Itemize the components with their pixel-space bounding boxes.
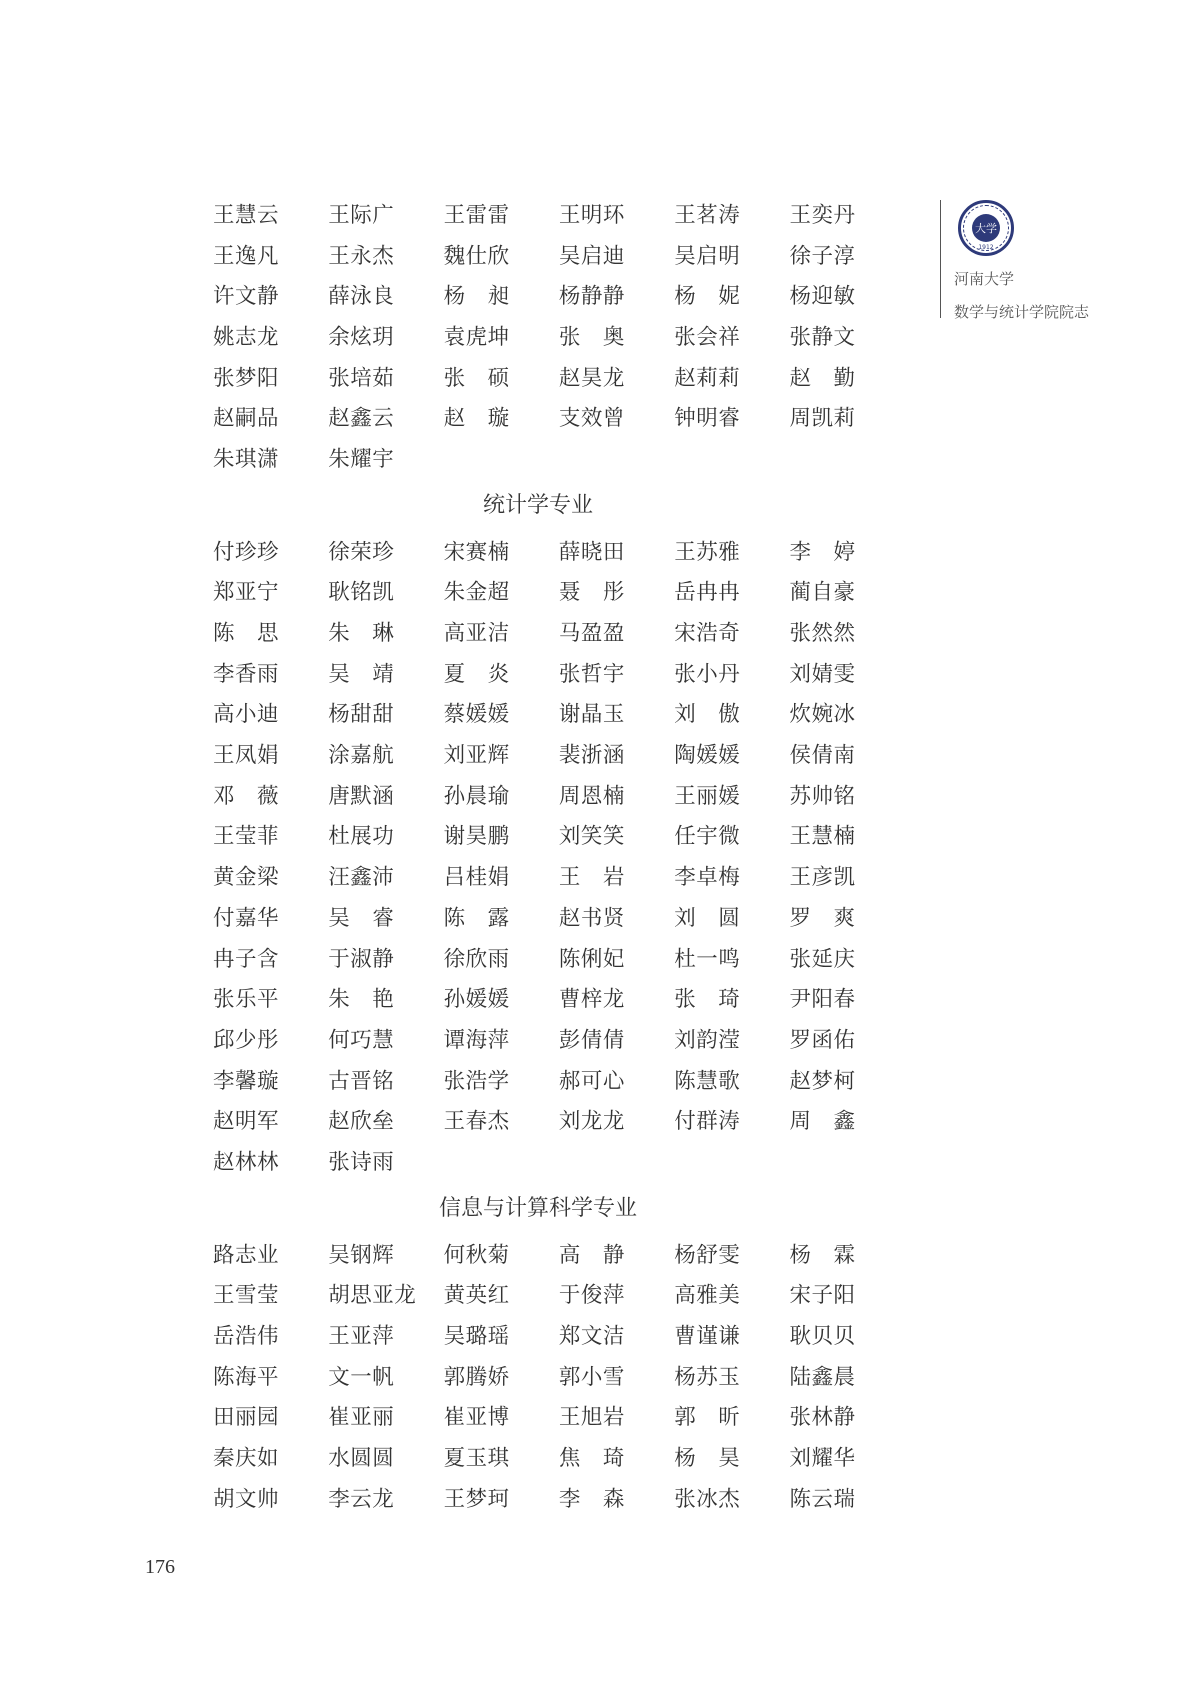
name-row: 王莹菲杜展功谢昊鹏刘笑笑任宇微王慧楠 xyxy=(213,815,913,856)
person-name: 涂嘉航 xyxy=(328,738,443,769)
person-name: 杨甜甜 xyxy=(328,697,443,728)
person-name: 赵梦柯 xyxy=(789,1064,904,1095)
person-name: 何巧慧 xyxy=(328,1023,443,1054)
person-name: 支效曾 xyxy=(559,401,674,432)
person-name: 张梦阳 xyxy=(213,361,328,392)
person-name: 夏 炎 xyxy=(444,657,559,688)
person-name: 陈云瑞 xyxy=(789,1482,904,1513)
person-name: 汪鑫沛 xyxy=(328,860,443,891)
person-name: 高小迪 xyxy=(213,697,328,728)
person-name: 夏玉琪 xyxy=(444,1441,559,1472)
person-name: 王丽媛 xyxy=(674,779,789,810)
person-name: 许文静 xyxy=(213,279,328,310)
person-name: 张会祥 xyxy=(674,320,789,351)
person-name: 郑亚宁 xyxy=(213,575,328,606)
person-name: 焦 琦 xyxy=(559,1441,674,1472)
person-name: 赵书贤 xyxy=(559,901,674,932)
name-row: 田丽园崔亚丽崔亚博王旭岩郭 昕张林静 xyxy=(213,1396,913,1437)
name-row: 赵嗣品赵鑫云赵 璇支效曾钟明睿周凯莉 xyxy=(213,396,913,437)
name-row: 陈海平文一帆郭腾娇郭小雪杨苏玉陆鑫晨 xyxy=(213,1355,913,1396)
person-name: 李香雨 xyxy=(213,657,328,688)
person-name: 张浩学 xyxy=(444,1064,559,1095)
name-row: 高小迪杨甜甜蔡媛媛谢晶玉刘 傲炊婉冰 xyxy=(213,693,913,734)
person-name: 孙媛媛 xyxy=(444,982,559,1013)
section-title-statistics: 统计学专业 xyxy=(213,478,863,530)
running-header-sidebar: 大学 1912 河南大学 数学与统计学院院志 xyxy=(940,200,1089,318)
name-row: 郑亚宁耿铭凯朱金超聂 彤岳冉冉蔺自豪 xyxy=(213,571,913,612)
person-name: 路志业 xyxy=(213,1238,328,1269)
university-name: 河南大学 xyxy=(954,268,1089,289)
person-name: 王永杰 xyxy=(328,239,443,270)
person-name: 付嘉华 xyxy=(213,901,328,932)
emblem-year: 1912 xyxy=(961,244,1011,251)
person-name: 吴启迪 xyxy=(559,239,674,270)
person-name: 姚志龙 xyxy=(213,320,328,351)
person-name: 张乐平 xyxy=(213,982,328,1013)
person-name: 陈海平 xyxy=(213,1360,328,1391)
person-name: 杨静静 xyxy=(559,279,674,310)
person-name: 耿贝贝 xyxy=(789,1319,904,1350)
book-title: 数学与统计学院院志 xyxy=(954,301,1089,322)
person-name: 蔺自豪 xyxy=(789,575,904,606)
section-info-computing-names: 路志业吴钢辉何秋菊高 静杨舒雯杨 霖王雪莹胡思亚龙黄英红于俊萍高雅美宋子阳岳浩伟… xyxy=(213,1233,913,1518)
person-name: 李云龙 xyxy=(328,1482,443,1513)
person-name: 王亚萍 xyxy=(328,1319,443,1350)
person-name: 炊婉冰 xyxy=(789,697,904,728)
name-row: 岳浩伟王亚萍吴璐瑶郑文洁曹谨谦耿贝贝 xyxy=(213,1314,913,1355)
name-row: 王雪莹胡思亚龙黄英红于俊萍高雅美宋子阳 xyxy=(213,1274,913,1315)
person-name: 张林静 xyxy=(789,1400,904,1431)
person-name: 刘婧雯 xyxy=(789,657,904,688)
person-name: 赵鑫云 xyxy=(328,401,443,432)
person-name: 赵林林 xyxy=(213,1145,328,1176)
name-row: 王凤娟涂嘉航刘亚辉裴浙涵陶媛媛侯倩南 xyxy=(213,733,913,774)
person-name: 杨迎敏 xyxy=(789,279,904,310)
person-name: 张 琦 xyxy=(674,982,789,1013)
person-name: 朱琪潇 xyxy=(213,442,328,473)
person-name: 吴钢辉 xyxy=(328,1238,443,1269)
person-name: 陶媛媛 xyxy=(674,738,789,769)
name-row: 付嘉华吴 睿陈 露赵书贤刘 圆罗 爽 xyxy=(213,896,913,937)
name-row: 邱少彤何巧慧谭海萍彭倩倩刘韵滢罗函佑 xyxy=(213,1018,913,1059)
name-row: 王逸凡王永杰魏仕欣吴启迪吴启明徐子淳 xyxy=(213,234,913,275)
section-math-names: 王慧云王际广王雷雷王明环王茗涛王奕丹王逸凡王永杰魏仕欣吴启迪吴启明徐子淳许文静薛… xyxy=(213,193,913,478)
person-name: 古晋铭 xyxy=(328,1064,443,1095)
person-name: 苏帅铭 xyxy=(789,779,904,810)
person-name: 胡思亚龙 xyxy=(328,1278,443,1309)
person-name: 吴 靖 xyxy=(328,657,443,688)
person-name: 袁虎坤 xyxy=(444,320,559,351)
person-name: 彭倩倩 xyxy=(559,1023,674,1054)
person-name: 黄金梁 xyxy=(213,860,328,891)
person-name: 张 奥 xyxy=(559,320,674,351)
person-name: 赵明军 xyxy=(213,1104,328,1135)
person-name: 谭海萍 xyxy=(444,1023,559,1054)
person-name: 周凯莉 xyxy=(789,401,904,432)
name-row: 李香雨吴 靖夏 炎张哲宇张小丹刘婧雯 xyxy=(213,652,913,693)
person-name: 高雅美 xyxy=(674,1278,789,1309)
person-name: 刘耀华 xyxy=(789,1441,904,1472)
henan-university-emblem-icon: 大学 1912 xyxy=(958,200,1014,256)
person-name: 吴启明 xyxy=(674,239,789,270)
person-name: 吴璐瑶 xyxy=(444,1319,559,1350)
person-name: 张诗雨 xyxy=(328,1145,443,1176)
person-name: 赵嗣品 xyxy=(213,401,328,432)
person-name: 罗 爽 xyxy=(789,901,904,932)
person-name: 侯倩南 xyxy=(789,738,904,769)
person-name: 张冰杰 xyxy=(674,1482,789,1513)
name-row: 张梦阳张培茹张 硕赵昊龙赵莉莉赵 勤 xyxy=(213,356,913,397)
person-name: 王慧楠 xyxy=(789,819,904,850)
person-name: 崔亚博 xyxy=(444,1400,559,1431)
person-name: 朱耀宇 xyxy=(328,442,443,473)
person-name: 刘龙龙 xyxy=(559,1104,674,1135)
person-name: 于淑静 xyxy=(328,942,443,973)
person-name: 黄英红 xyxy=(444,1278,559,1309)
person-name: 薛晓田 xyxy=(559,535,674,566)
person-name: 王春杰 xyxy=(444,1104,559,1135)
section-statistics-names: 付珍珍徐荣珍宋赛楠薛晓田王苏雅李 婷郑亚宁耿铭凯朱金超聂 彤岳冉冉蔺自豪陈 思朱… xyxy=(213,530,913,1181)
person-name: 付群涛 xyxy=(674,1104,789,1135)
person-name: 冉子含 xyxy=(213,942,328,973)
person-name: 李卓梅 xyxy=(674,860,789,891)
person-name: 岳浩伟 xyxy=(213,1319,328,1350)
person-name: 王 岩 xyxy=(559,860,674,891)
person-name: 徐子淳 xyxy=(789,239,904,270)
person-name: 马盈盈 xyxy=(559,616,674,647)
name-row: 许文静薛泳良杨 昶杨静静杨 妮杨迎敏 xyxy=(213,274,913,315)
person-name: 宋子阳 xyxy=(789,1278,904,1309)
person-name: 周恩楠 xyxy=(559,779,674,810)
person-name: 于俊萍 xyxy=(559,1278,674,1309)
person-name: 邓 薇 xyxy=(213,779,328,810)
name-row: 赵林林张诗雨 xyxy=(213,1140,913,1181)
person-name: 朱金超 xyxy=(444,575,559,606)
person-name: 陆鑫晨 xyxy=(789,1360,904,1391)
person-name: 孙晨瑜 xyxy=(444,779,559,810)
person-name: 赵莉莉 xyxy=(674,361,789,392)
person-name: 文一帆 xyxy=(328,1360,443,1391)
person-name: 任宇微 xyxy=(674,819,789,850)
name-row: 朱琪潇朱耀宇 xyxy=(213,437,913,478)
person-name: 钟明睿 xyxy=(674,401,789,432)
person-name: 王旭岩 xyxy=(559,1400,674,1431)
person-name: 杨 霖 xyxy=(789,1238,904,1269)
person-name: 吴 睿 xyxy=(328,901,443,932)
person-name: 谢晶玉 xyxy=(559,697,674,728)
person-name: 张哲宇 xyxy=(559,657,674,688)
person-name: 王际广 xyxy=(328,198,443,229)
name-row: 秦庆如水圆圆夏玉琪焦 琦杨 昊刘耀华 xyxy=(213,1436,913,1477)
person-name: 罗函佑 xyxy=(789,1023,904,1054)
name-row: 路志业吴钢辉何秋菊高 静杨舒雯杨 霖 xyxy=(213,1233,913,1274)
person-name: 徐荣珍 xyxy=(328,535,443,566)
person-name: 裴浙涵 xyxy=(559,738,674,769)
person-name: 王雷雷 xyxy=(444,198,559,229)
page-number: 176 xyxy=(145,1556,175,1579)
person-name: 李 森 xyxy=(559,1482,674,1513)
name-row: 付珍珍徐荣珍宋赛楠薛晓田王苏雅李 婷 xyxy=(213,530,913,571)
person-name: 郭腾娇 xyxy=(444,1360,559,1391)
person-name: 王逸凡 xyxy=(213,239,328,270)
person-name: 宋赛楠 xyxy=(444,535,559,566)
name-row: 姚志龙余炫玥袁虎坤张 奥张会祥张静文 xyxy=(213,315,913,356)
name-row: 王慧云王际广王雷雷王明环王茗涛王奕丹 xyxy=(213,193,913,234)
person-name: 杨 昶 xyxy=(444,279,559,310)
person-name: 王凤娟 xyxy=(213,738,328,769)
person-name: 高 静 xyxy=(559,1238,674,1269)
person-name: 赵欣垒 xyxy=(328,1104,443,1135)
person-name: 杜一鸣 xyxy=(674,942,789,973)
person-name: 邱少彤 xyxy=(213,1023,328,1054)
emblem-center: 大学 xyxy=(972,214,1000,242)
person-name: 刘韵滢 xyxy=(674,1023,789,1054)
person-name: 张静文 xyxy=(789,320,904,351)
person-name: 郭小雪 xyxy=(559,1360,674,1391)
person-name: 耿铭凯 xyxy=(328,575,443,606)
person-name: 王梦珂 xyxy=(444,1482,559,1513)
person-name: 王彦凯 xyxy=(789,860,904,891)
name-row: 冉子含于淑静徐欣雨陈俐妃杜一鸣张延庆 xyxy=(213,937,913,978)
person-name: 杨 妮 xyxy=(674,279,789,310)
person-name: 水圆圆 xyxy=(328,1441,443,1472)
person-name: 张 硕 xyxy=(444,361,559,392)
person-name: 李馨璇 xyxy=(213,1064,328,1095)
name-row: 赵明军赵欣垒王春杰刘龙龙付群涛周 鑫 xyxy=(213,1099,913,1140)
person-name: 薛泳良 xyxy=(328,279,443,310)
person-name: 魏仕欣 xyxy=(444,239,559,270)
person-name: 朱 艳 xyxy=(328,982,443,1013)
person-name: 王奕丹 xyxy=(789,198,904,229)
person-name: 崔亚丽 xyxy=(328,1400,443,1431)
person-name: 郝可心 xyxy=(559,1064,674,1095)
person-name: 余炫玥 xyxy=(328,320,443,351)
person-name: 刘亚辉 xyxy=(444,738,559,769)
person-name: 杨 昊 xyxy=(674,1441,789,1472)
person-name: 秦庆如 xyxy=(213,1441,328,1472)
person-name: 付珍珍 xyxy=(213,535,328,566)
person-name: 胡文帅 xyxy=(213,1482,328,1513)
name-row: 黄金梁汪鑫沛吕桂娟王 岩李卓梅王彦凯 xyxy=(213,855,913,896)
person-name: 朱 琳 xyxy=(328,616,443,647)
person-name: 赵昊龙 xyxy=(559,361,674,392)
person-name: 陈俐妃 xyxy=(559,942,674,973)
person-name: 谢昊鹏 xyxy=(444,819,559,850)
person-name: 陈 思 xyxy=(213,616,328,647)
person-name: 赵 勤 xyxy=(789,361,904,392)
name-row: 邓 薇唐默涵孙晨瑜周恩楠王丽媛苏帅铭 xyxy=(213,774,913,815)
person-name: 徐欣雨 xyxy=(444,942,559,973)
name-row: 李馨璇古晋铭张浩学郝可心陈慧歌赵梦柯 xyxy=(213,1059,913,1100)
person-name: 王慧云 xyxy=(213,198,328,229)
person-name: 张小丹 xyxy=(674,657,789,688)
person-name: 郭 昕 xyxy=(674,1400,789,1431)
person-name: 张然然 xyxy=(789,616,904,647)
person-name: 王茗涛 xyxy=(674,198,789,229)
person-name: 陈慧歌 xyxy=(674,1064,789,1095)
person-name: 王莹菲 xyxy=(213,819,328,850)
person-name: 杨苏玉 xyxy=(674,1360,789,1391)
person-name: 王雪莹 xyxy=(213,1278,328,1309)
person-name: 陈 露 xyxy=(444,901,559,932)
person-name: 田丽园 xyxy=(213,1400,328,1431)
section-title-info-computing: 信息与计算科学专业 xyxy=(213,1181,863,1233)
name-list: 王慧云王际广王雷雷王明环王茗涛王奕丹王逸凡王永杰魏仕欣吴启迪吴启明徐子淳许文静薛… xyxy=(213,193,913,1518)
person-name: 岳冉冉 xyxy=(674,575,789,606)
person-name: 尹阳春 xyxy=(789,982,904,1013)
person-name: 杨舒雯 xyxy=(674,1238,789,1269)
person-name: 王苏雅 xyxy=(674,535,789,566)
person-name: 何秋菊 xyxy=(444,1238,559,1269)
person-name: 吕桂娟 xyxy=(444,860,559,891)
person-name: 蔡媛媛 xyxy=(444,697,559,728)
person-name: 张延庆 xyxy=(789,942,904,973)
person-name: 刘 圆 xyxy=(674,901,789,932)
person-name: 刘 傲 xyxy=(674,697,789,728)
person-name: 高亚洁 xyxy=(444,616,559,647)
name-row: 胡文帅李云龙王梦珂李 森张冰杰陈云瑞 xyxy=(213,1477,913,1518)
person-name: 杜展功 xyxy=(328,819,443,850)
person-name: 赵 璇 xyxy=(444,401,559,432)
person-name: 曹梓龙 xyxy=(559,982,674,1013)
name-row: 张乐平朱 艳孙媛媛曹梓龙张 琦尹阳春 xyxy=(213,977,913,1018)
person-name: 唐默涵 xyxy=(328,779,443,810)
person-name: 李 婷 xyxy=(789,535,904,566)
person-name: 聂 彤 xyxy=(559,575,674,606)
person-name: 王明环 xyxy=(559,198,674,229)
name-row: 陈 思朱 琳高亚洁马盈盈宋浩奇张然然 xyxy=(213,611,913,652)
person-name: 曹谨谦 xyxy=(674,1319,789,1350)
person-name: 张培茹 xyxy=(328,361,443,392)
person-name: 宋浩奇 xyxy=(674,616,789,647)
person-name: 周 鑫 xyxy=(789,1104,904,1135)
person-name: 郑文洁 xyxy=(559,1319,674,1350)
person-name: 刘笑笑 xyxy=(559,819,674,850)
